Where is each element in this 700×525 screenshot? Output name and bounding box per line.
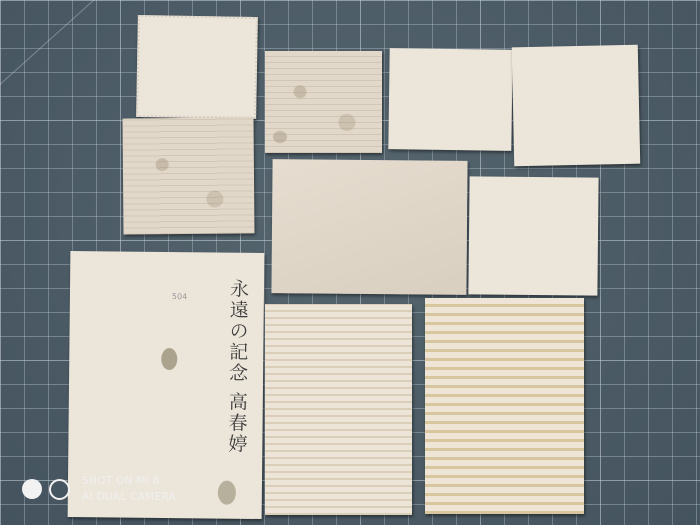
photo-top-right	[512, 45, 640, 167]
filled-circle-icon	[22, 479, 42, 499]
photo-bottom-center	[265, 304, 412, 515]
photo-scalloped	[136, 15, 258, 119]
mat-diagonal-line	[0, 0, 154, 121]
photo-center-wide	[271, 159, 467, 295]
photo-scene: 504 永遠の記念 高春婷 SHOT ON MI 8 AI DUAL CAMER…	[0, 0, 700, 525]
photo-stained-left	[122, 117, 254, 234]
serial-number: 504	[172, 292, 187, 301]
handwritten-inscription: 永遠の記念 高春婷	[222, 279, 250, 455]
photo-right-middle	[468, 176, 598, 295]
stain	[218, 481, 236, 505]
stain	[161, 348, 177, 370]
watermark-text: SHOT ON MI 8 AI DUAL CAMERA	[82, 473, 176, 505]
photo-top-center-right	[388, 48, 512, 151]
photo-top-center-left	[265, 51, 382, 153]
photo-bottom-right	[425, 298, 584, 514]
camera-watermark: SHOT ON MI 8 AI DUAL CAMERA	[22, 473, 176, 505]
watermark-line-2: AI DUAL CAMERA	[82, 489, 176, 505]
ring-circle-icon	[49, 479, 70, 500]
stain	[273, 131, 287, 143]
watermark-line-1: SHOT ON MI 8	[82, 473, 176, 489]
